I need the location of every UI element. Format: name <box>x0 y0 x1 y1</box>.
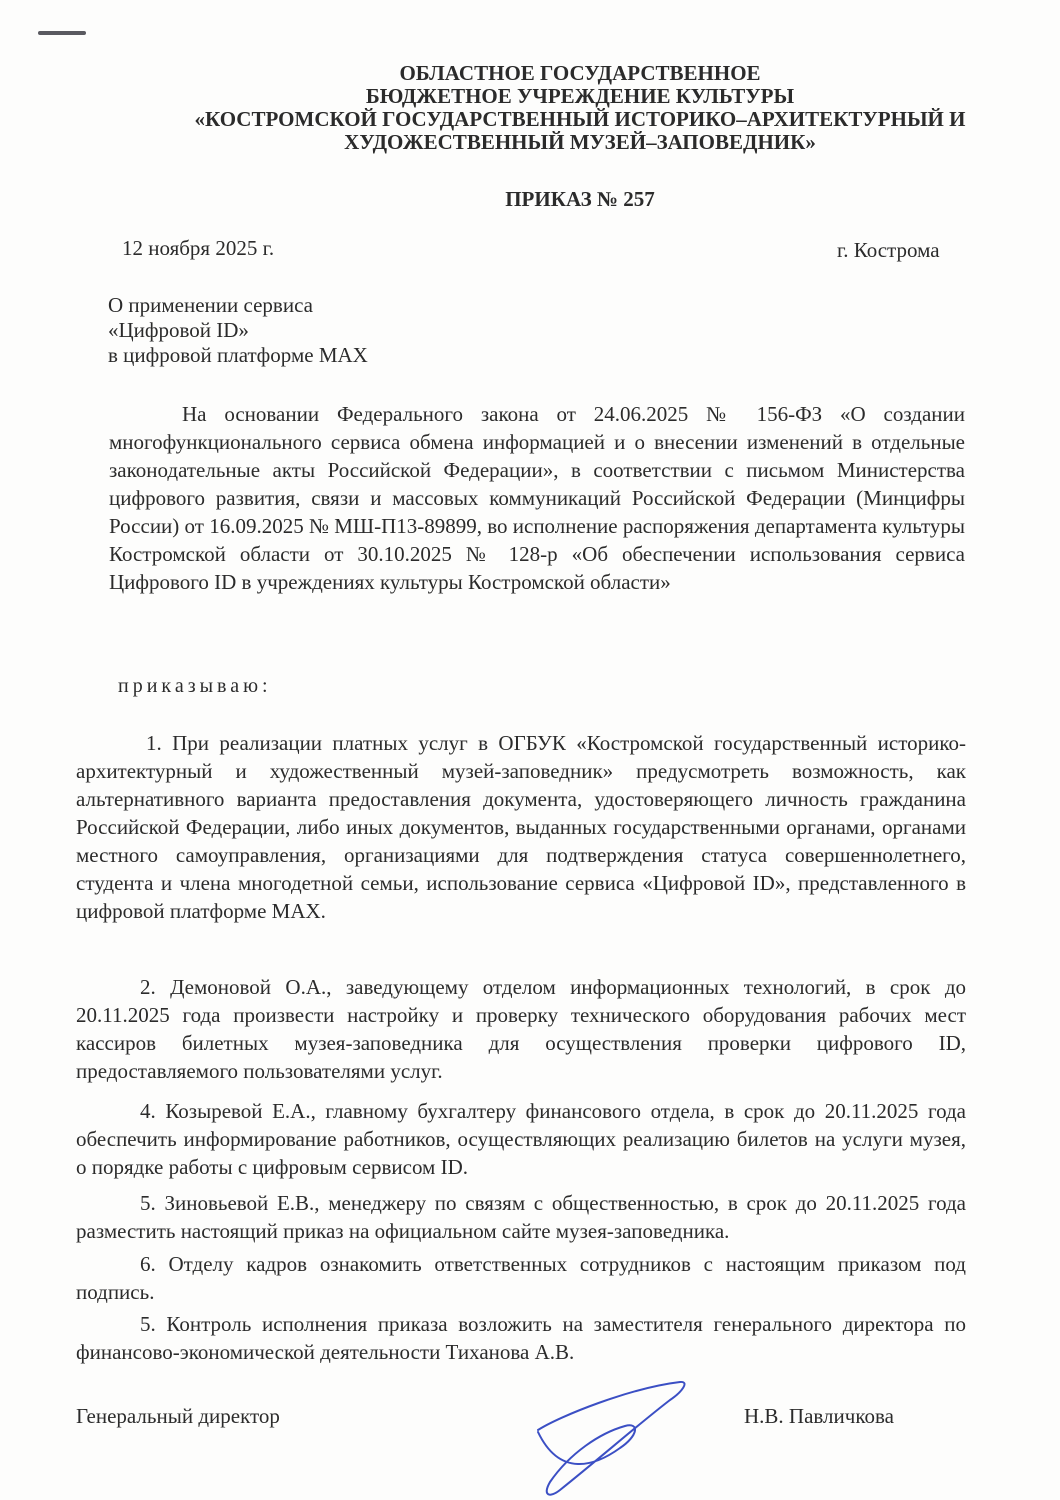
basis-paragraph: На основании Федерального закона от 24.0… <box>109 400 965 596</box>
order-date: 12 ноября 2025 г. <box>122 236 274 261</box>
signatory-position: Генеральный директор <box>76 1404 280 1429</box>
scan-artifact-line <box>38 31 86 35</box>
order-item-1: 1. При реализации платных услуг в ОГБУК … <box>76 729 966 925</box>
decree-word: приказываю: <box>118 675 272 698</box>
order-title: ПРИКАЗ № 257 <box>0 187 1060 212</box>
signatory-name: Н.В. Павличкова <box>744 1404 894 1429</box>
order-item-2: 2. Демоновой О.А., заведующему отделом и… <box>76 973 966 1085</box>
order-city: г. Кострома <box>837 238 940 263</box>
order-item-4: 4. Козыревой Е.А., главному бухгалтеру ф… <box>76 1097 966 1181</box>
header-line: «КОСТРОМСКОЙ ГОСУДАРСТВЕННЫЙ ИСТОРИКО–АР… <box>0 108 1060 131</box>
header-line: ОБЛАСТНОЕ ГОСУДАРСТВЕННОЕ <box>0 62 1060 85</box>
handwritten-signature-icon <box>520 1378 700 1498</box>
order-item-control: 5. Контроль исполнения приказа возложить… <box>76 1310 966 1366</box>
order-item-5: 5. Зиновьевой Е.В., менеджеру по связям … <box>76 1189 966 1245</box>
subject-line: О применении сервиса <box>108 293 368 318</box>
order-subject: О применении сервиса «Цифровой ID» в циф… <box>108 293 368 368</box>
order-item-6: 6. Отделу кадров ознакомить ответственны… <box>76 1250 966 1306</box>
header-line: БЮДЖЕТНОЕ УЧРЕЖДЕНИЕ КУЛЬТУРЫ <box>0 85 1060 108</box>
header-line: ХУДОЖЕСТВЕННЫЙ МУЗЕЙ–ЗАПОВЕДНИК» <box>0 131 1060 154</box>
organization-header: ОБЛАСТНОЕ ГОСУДАРСТВЕННОЕ БЮДЖЕТНОЕ УЧРЕ… <box>0 62 1060 154</box>
subject-line: в цифровой платформе MAX <box>108 343 368 368</box>
subject-line: «Цифровой ID» <box>108 318 368 343</box>
